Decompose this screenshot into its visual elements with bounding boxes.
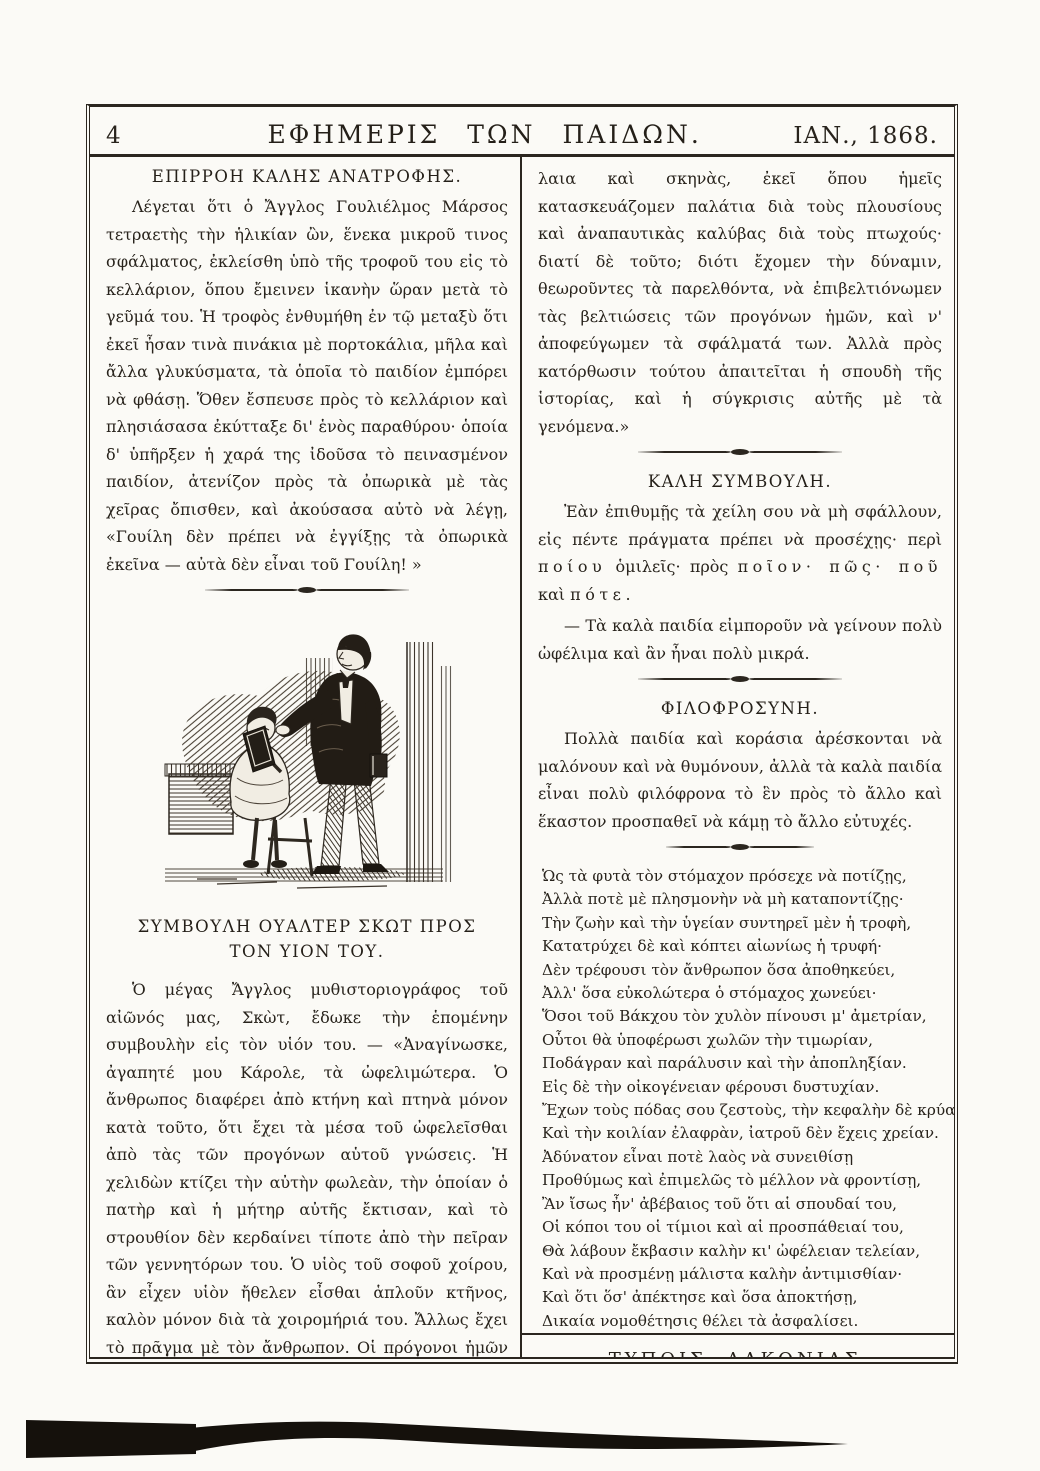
ornament-divider <box>538 676 942 682</box>
filofrosyni-heading: ΦΙΛΟΦΡΟΣΥΝΗ. <box>538 699 942 718</box>
ornament-divider <box>106 587 508 593</box>
poem-line: Ποδάγραν καὶ παράλυσιν καὶ τὴν ἀποπληξία… <box>542 1052 942 1075</box>
article2-body: Ὁ μέγας Ἄγγλος μυθιστοριογράφος τοῦ αἰῶν… <box>106 976 508 1357</box>
poem-line: Καὶ ὅτι ὅσ' ἀπέκτησε καὶ ὅσα ἀποκτήσῃ, <box>542 1286 942 1309</box>
continuation-paragraph: λαια καὶ σκηνὰς, ἐκεῖ ὅπου ἡμεῖς κατασκε… <box>538 165 942 440</box>
illustration-caption: ΣΥΜΒΟΥΛΗ ΟΥΑΛΤΕΡ ΣΚΩΤ ΠΡΟΣ ΤΟΝ ΥΙΟΝ ΤΟΥ. <box>138 914 477 964</box>
poem-line: Ἀλλὰ ποτὲ μὲ πλησμονὴν νὰ μὴ καταποντίζῃ… <box>542 888 942 911</box>
ornament-gem <box>731 844 749 850</box>
poem-line: Εἰς δὲ τὴν οἰκογένειαν φέρουσι δυστυχίαν… <box>542 1076 942 1099</box>
poem-line: Ἔχων τοὺς πόδας σου ζεστοὺς, τὴν κεφαλὴν… <box>542 1099 942 1122</box>
poem-line: Δικαία νομοθέτησις θέλει τὰ ἀσφαλίσει. <box>542 1310 942 1333</box>
engraving-image <box>157 608 457 898</box>
poem-line: Κατατρύχει δὲ καὶ κόπτει αἰωνίως ἡ τρυφή… <box>542 935 942 958</box>
right-column: λαια καὶ σκηνὰς, ἐκεῖ ὅπου ἡμεῖς κατασκε… <box>522 157 954 1357</box>
ornament-gem <box>731 449 749 455</box>
imprint: ΤΥΠΟΙΣ ΛΑΚΩΝΙΑΣ. <box>538 1335 942 1357</box>
left-column: ΕΠΙΡΡΟΗ ΚΑΛΗΣ ΑΝΑΤΡΟΦΗΣ. Λέγεται ὅτι ὁ Ἄ… <box>90 157 522 1357</box>
poem-line: Καὶ νὰ προσμένῃ μάλιστα καλὴν ἀντιμισθία… <box>542 1263 942 1286</box>
poem-line: Ἀλλ' ὅσα εὐκολώτερα ὁ στόμαχος χωνεύει· <box>542 982 942 1005</box>
page-header: 4 ΕΦΗΜΕΡΙΣ ΤΩΝ ΠΑΙΔΩΝ. ΙΑΝ., 1868. <box>90 107 954 157</box>
masthead-title: ΕΦΗΜΕΡΙΣ ΤΩΝ ΠΑΙΔΩΝ. <box>176 120 793 149</box>
ornament-gem <box>731 676 749 682</box>
kali-symvouli-paragraph: Ἐὰν ἐπιθυμῇς τὰ χείλη σου νὰ μὴ σφάλλουν… <box>538 498 942 608</box>
poem-line: Τὴν ζωὴν καὶ τὴν ὑγείαν συντηρεῖ μὲν ἡ τ… <box>542 912 942 935</box>
poem-line: Προθύμως καὶ ἐπιμελῶς τὸ μέλλον νὰ φροντ… <box>542 1169 942 1192</box>
article1-heading: ΕΠΙΡΡΟΗ ΚΑΛΗΣ ΑΝΑΤΡΟΦΗΣ. <box>106 167 508 186</box>
scan-ink-artifact <box>0 1408 1040 1471</box>
poem-line: Θὰ λάβουν ἔκβασιν καλὴν κι' ὠφέλειαν τελ… <box>542 1240 942 1263</box>
scanned-newspaper-page: 4 ΕΦΗΜΕΡΙΣ ΤΩΝ ΠΑΙΔΩΝ. ΙΑΝ., 1868. ΕΠΙΡΡ… <box>0 0 1040 1471</box>
caption-line-2: ΤΟΝ ΥΙΟΝ ΤΟΥ. <box>138 939 477 964</box>
poem-line: Ὅσοι τοῦ Βάκχου τὸν χυλὸν πίνουσι μ' ἀμε… <box>542 1005 942 1028</box>
poem: Ὡς τὰ φυτὰ τὸν στόμαχον πρόσεχε νὰ ποτίζ… <box>542 865 942 1333</box>
kali-symvouli-heading: ΚΑΛΗ ΣΥΜΒΟΥΛΗ. <box>538 472 942 491</box>
ornament-divider <box>538 844 942 850</box>
poem-line: Ὡς τὰ φυτὰ τὸν στόμαχον πρόσεχε νὰ ποτίζ… <box>542 865 942 888</box>
column-area: ΕΠΙΡΡΟΗ ΚΑΛΗΣ ΑΝΑΤΡΟΦΗΣ. Λέγεται ὅτι ὁ Ἄ… <box>90 157 954 1357</box>
poem-line: Οὗτοι θὰ ὑποφέρωσι χωλῶν τὴν τιμωρίαν, <box>542 1029 942 1052</box>
poem-line: Δὲν τρέφουσι τὸν ἄνθρωπον ὅσα ἀποθηκεύει… <box>542 959 942 982</box>
ornament-divider <box>538 449 942 455</box>
poem-line: Οἱ κόποι του οἱ τίμιοι καὶ αἱ προσπάθεια… <box>542 1216 942 1239</box>
illustration: ΣΥΜΒΟΥΛΗ ΟΥΑΛΤΕΡ ΣΚΩΤ ΠΡΟΣ ΤΟΝ ΥΙΟΝ ΤΟΥ. <box>138 608 477 964</box>
newspaper-sheet: 4 ΕΦΗΜΕΡΙΣ ΤΩΝ ΠΑΙΔΩΝ. ΙΑΝ., 1868. ΕΠΙΡΡ… <box>86 104 958 1364</box>
ornament-gem <box>298 587 316 593</box>
caption-line-1: ΣΥΜΒΟΥΛΗ ΟΥΑΛΤΕΡ ΣΚΩΤ ΠΡΟΣ <box>138 914 477 939</box>
poem-line: Καὶ τὴν κοιλίαν ἐλαφρὰν, ἰατροῦ δὲν ἔχει… <box>542 1122 942 1145</box>
page-number: 4 <box>106 123 176 149</box>
poem-line: Ἂν ἴσως ἦν' ἀβέβαιος τοῦ ὅτι αἱ σπουδαί … <box>542 1193 942 1216</box>
filofrosyni-body: Πολλὰ παιδία καὶ κοράσια ἀρέσκονται νὰ μ… <box>538 725 942 835</box>
kali-symvouli-note: — Τὰ καλὰ παιδία εἰμποροῦν νὰ γείνουν πο… <box>538 612 942 667</box>
poem-line: Ἀδύνατον εἶναι ποτὲ λαὸς νὰ συνειθίσῃ <box>542 1146 942 1169</box>
issue-date: ΙΑΝ., 1868. <box>793 123 938 149</box>
article1-body: Λέγεται ὅτι ὁ Ἄγγλος Γουλιέλμος Μάρσος τ… <box>106 193 508 578</box>
